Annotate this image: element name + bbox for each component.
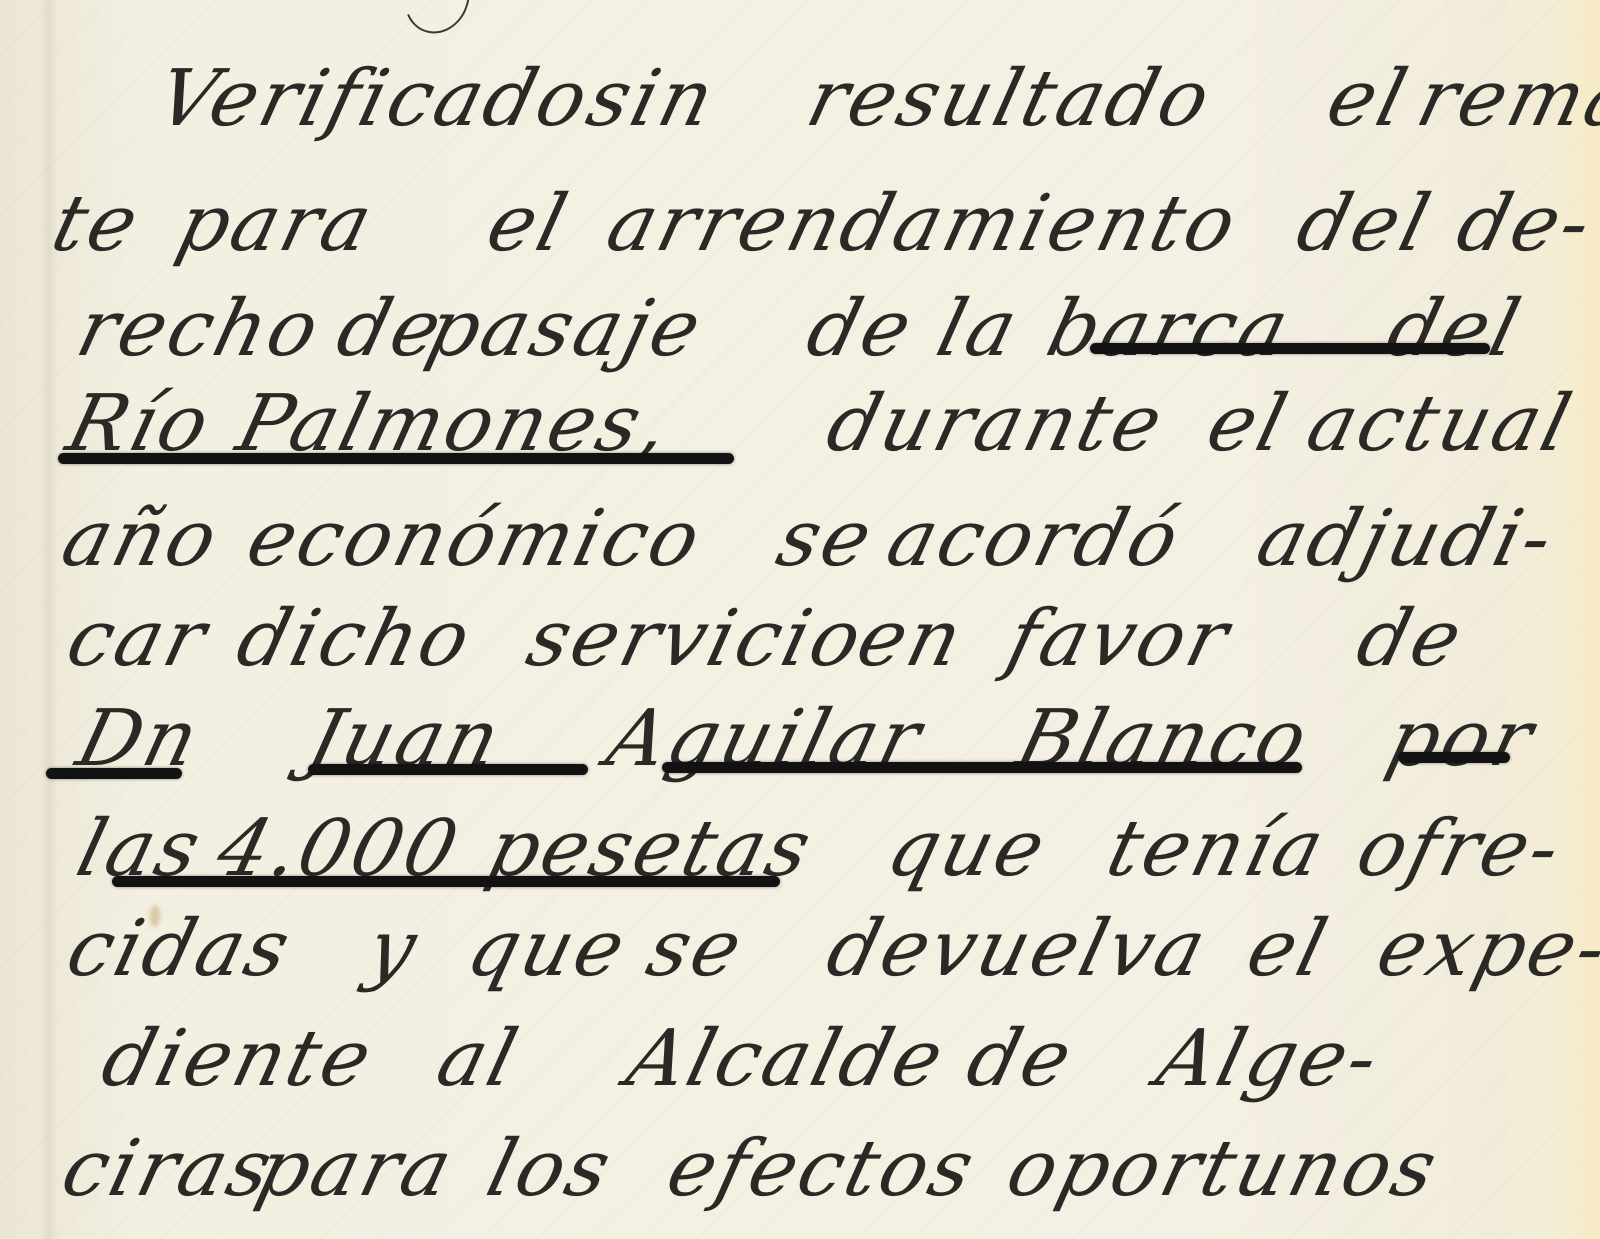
handwritten-word: cidas — [60, 910, 300, 988]
handwritten-word: adjudi- — [1250, 500, 1563, 578]
handwritten-word: que — [880, 810, 1055, 888]
handwritten-word: arrendamiento — [600, 185, 1246, 263]
handwritten-word: de — [800, 290, 922, 368]
redaction-underline-bar — [1398, 752, 1510, 763]
handwritten-word: Dn — [70, 700, 208, 778]
handwritten-word: Alcalde — [620, 1020, 953, 1098]
handwritten-word: sin — [580, 60, 724, 138]
handwritten-word: de — [1350, 600, 1472, 678]
handwritten-word: rema- — [1410, 60, 1600, 138]
handwritten-word: del — [1290, 185, 1439, 263]
redaction-underline-bar — [1090, 343, 1490, 354]
handwritten-word: Alge- — [1150, 1020, 1388, 1098]
handwritten-word: favor — [1000, 600, 1238, 678]
handwritten-word: económico — [240, 500, 710, 578]
handwritten-word: car — [60, 600, 216, 678]
redaction-underline-bar — [308, 764, 588, 775]
paper-fold-shadow-left — [40, 0, 58, 1239]
handwritten-word: los — [480, 1130, 620, 1208]
handwritten-word: diente — [95, 1020, 381, 1098]
handwritten-word: efectos — [660, 1130, 984, 1208]
handwritten-word: tenía — [1100, 810, 1334, 888]
handwritten-word: oportunos — [1000, 1130, 1446, 1208]
handwritten-word: que — [460, 910, 635, 988]
handwritten-word: expe- — [1370, 910, 1600, 988]
handwritten-word: Verificado — [150, 60, 598, 138]
handwritten-word: dicho — [230, 600, 480, 678]
handwritten-word: barca — [1040, 290, 1298, 368]
handwritten-word: año — [55, 500, 227, 578]
handwritten-word: devuelva — [820, 910, 1216, 988]
handwritten-word: ofre- — [1350, 810, 1570, 888]
handwritten-word: servicio — [520, 600, 872, 678]
redaction-underline-bar — [112, 876, 780, 887]
handwritten-word: pasaje — [420, 290, 711, 368]
handwritten-word: acordó — [880, 500, 1189, 578]
handwritten-word: recho — [70, 290, 329, 368]
redaction-underline-bar — [662, 762, 1302, 773]
handwritten-word: del — [1380, 290, 1529, 368]
redaction-underline-bar — [46, 768, 182, 779]
handwritten-word: actual — [1300, 385, 1581, 463]
handwritten-word: de- — [1450, 185, 1600, 263]
handwritten-word: Palmones, — [230, 385, 679, 463]
handwritten-word: en — [850, 600, 972, 678]
handwritten-word: por — [1380, 700, 1543, 778]
handwritten-word: se — [640, 910, 752, 988]
handwritten-word: Río — [60, 385, 219, 463]
handwritten-word: ciras — [55, 1130, 282, 1208]
handwritten-word: de — [960, 1020, 1082, 1098]
handwritten-word: para — [250, 1130, 462, 1208]
handwritten-word: para — [170, 185, 382, 263]
handwritten-word: durante — [820, 385, 1172, 463]
redaction-underline-bar — [58, 453, 734, 464]
handwritten-word: se — [770, 500, 882, 578]
handwritten-word: resultado — [800, 60, 1220, 138]
